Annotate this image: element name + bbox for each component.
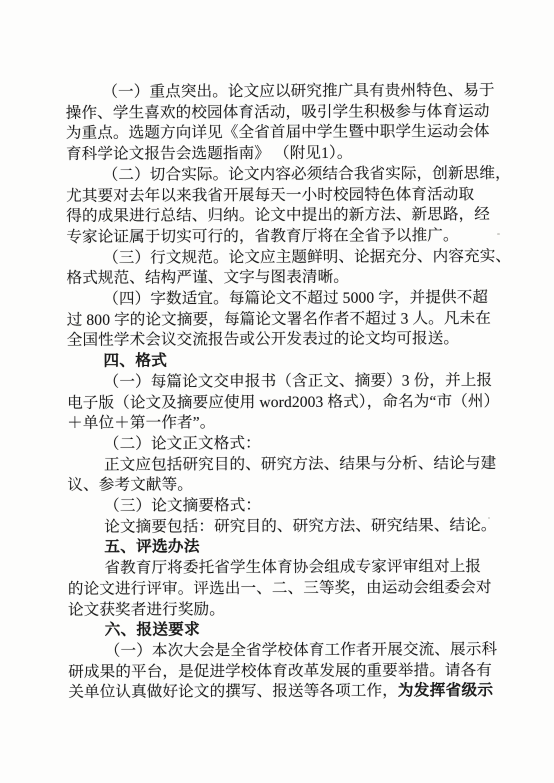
document-line: 全国性学术会议交流报告或公开发表过的论文均可报送。 [67, 330, 495, 353]
scan-artifact-speck [497, 233, 500, 235]
document-line: 尤其要对去年以来我省开展每天一小时校园特色体育活动取 [66, 185, 494, 208]
text-segment: 论文获奖者进行奖励。 [68, 601, 225, 619]
text-segment: 专家论证属于切实可行的，省教育厅将在全省予以推广。 [66, 227, 458, 246]
text-segment: 电子版（论文及摘要应使用 word2003 格式），命名为“市（州） [67, 393, 499, 412]
text-segment: 全国性学术会议交流报告或公开发表过的论文均可报送。 [67, 331, 459, 350]
text-segment: 操作、学生喜欢的校园体育活动，吸引学生积极参与体育运动 [66, 103, 490, 122]
scan-artifact-speck [488, 517, 490, 519]
document-line: 正文应包括研究目的、研究方法、结果与分析、结论与建 [67, 454, 495, 477]
document-line: （一）重点突出。论文应以研究推广具有贵州特色、易于 [66, 81, 494, 104]
section-heading-line: 五、评选办法 [68, 537, 496, 560]
text-segment: （三）行文规范。论文应主题鲜明、论据充分、内容充实、 [103, 248, 511, 267]
text-segment: 论文摘要包括：研究目的、研究方法、研究结果、结论。 [104, 517, 496, 536]
document-line: 格式规范、结构严谨、文字与图表清晰。 [66, 267, 494, 290]
bold-text-segment: 五、评选办法 [104, 539, 199, 556]
text-segment: ＋单位＋第一作者”。 [67, 415, 215, 433]
document-line: （二）论文正文格式： [67, 433, 495, 456]
document-line: （一）每篇论文交申报书（含正文、摘要）3 份，并上报 [67, 371, 495, 394]
document-line: 论文获奖者进行奖励。 [68, 599, 496, 622]
text-segment: 的论文进行评审。评选出一、二、三等奖，由运动会组委会对 [68, 579, 492, 598]
text-segment: （四）字数适宜。每篇论文不超过 5000 字，并提供不超 [103, 289, 488, 308]
document-line: 的论文进行评审。评选出一、二、三等奖，由运动会组委会对 [68, 578, 496, 601]
text-segment: 省教育厅将委托省学生体育协会组成专家评审组对上报 [104, 558, 481, 577]
text-segment: 过 800 字的论文摘要，每篇论文署名作者不超过 3 人。凡未在 [67, 310, 491, 329]
document-line: 操作、学生喜欢的校园体育活动，吸引学生积极参与体育运动 [66, 102, 494, 125]
document-line: 关单位认真做好论文的撰写、报送等各项工作，为发挥省级示 [68, 681, 496, 704]
document-line: （四）字数适宜。每篇论文不超过 5000 字，并提供不超 [67, 288, 495, 311]
text-segment: 得的成果进行总结、归纳。论文中提出的新方法、新思路，经 [66, 206, 490, 225]
text-segment: （二）切合实际。论文内容必须结合我省实际，创新思维， [103, 165, 511, 184]
section-heading-line: 四、格式 [67, 350, 495, 373]
document-line: （三）行文规范。论文应主题鲜明、论据充分、内容充实、 [66, 247, 494, 270]
text-segment: （一）每篇论文交申报书（含正文、摘要）3 份，并上报 [104, 372, 493, 391]
bold-text-segment: 为发挥省级示 [398, 682, 493, 699]
document-line: （二）切合实际。论文内容必须结合我省实际，创新思维， [66, 164, 494, 187]
text-segment: 议、参考文献等。 [67, 477, 193, 495]
text-segment: 为重点。选题方向详见《全省首届中学生暨中职学生运动会体 [66, 123, 490, 142]
document-line: 研成果的平台，是促进学校体育改革发展的重要举措。请各有 [68, 661, 496, 684]
document-line: （三）论文摘要格式： [67, 495, 495, 518]
bold-text-segment: 四、格式 [103, 353, 167, 370]
document-line: 过 800 字的论文摘要，每篇论文署名作者不超过 3 人。凡未在 [67, 309, 495, 332]
text-segment: 关单位认真做好论文的撰写、报送等各项工作， [68, 683, 398, 701]
document-line: 论文摘要包括：研究目的、研究方法、研究结果、结论。 [68, 516, 496, 539]
document-line: 专家论证属于切实可行的，省教育厅将在全省予以推广。 [66, 226, 494, 249]
document-line: 议、参考文献等。 [67, 474, 495, 497]
text-segment: 研成果的平台，是促进学校体育改革发展的重要举措。请各有 [68, 662, 492, 681]
text-segment: （一）本次大会是全省学校体育工作者开展交流、展示科 [105, 641, 497, 660]
document-line: 得的成果进行总结、归纳。论文中提出的新方法、新思路，经 [66, 205, 494, 228]
text-segment: 尤其要对去年以来我省开展每天一小时校园特色体育活动取 [66, 186, 474, 205]
text-segment: （二）论文正文格式： [104, 435, 261, 453]
document-line: 育科学论文报告会选题指南》 （附见1）。 [66, 143, 494, 166]
text-segment: 育科学论文报告会选题指南》 （附见1）。 [66, 145, 353, 163]
document-line: 为重点。选题方向详见《全省首届中学生暨中职学生运动会体 [66, 122, 494, 145]
document-line: 电子版（论文及摘要应使用 word2003 格式），命名为“市（州） [67, 392, 495, 415]
document-text-block: （一）重点突出。论文应以研究推广具有贵州特色、易于操作、学生喜欢的校园体育活动，… [66, 81, 497, 704]
document-line: 省教育厅将委托省学生体育协会组成专家评审组对上报 [68, 557, 496, 580]
scanned-document-page: （一）重点突出。论文应以研究推广具有贵州特色、易于操作、学生喜欢的校园体育活动，… [0, 0, 554, 783]
text-segment: （三）论文摘要格式： [104, 497, 261, 515]
text-segment: 格式规范、结构严谨、文字与图表清晰。 [66, 269, 349, 287]
text-segment: 正文应包括研究目的、研究方法、结果与分析、结论与建 [104, 455, 496, 474]
document-line: （一）本次大会是全省学校体育工作者开展交流、展示科 [68, 640, 496, 663]
section-heading-line: 六、报送要求 [68, 619, 496, 642]
document-line: ＋单位＋第一作者”。 [67, 412, 495, 435]
bold-text-segment: 六、报送要求 [105, 622, 200, 639]
text-segment: （一）重点突出。论文应以研究推广具有贵州特色、易于 [102, 82, 494, 101]
